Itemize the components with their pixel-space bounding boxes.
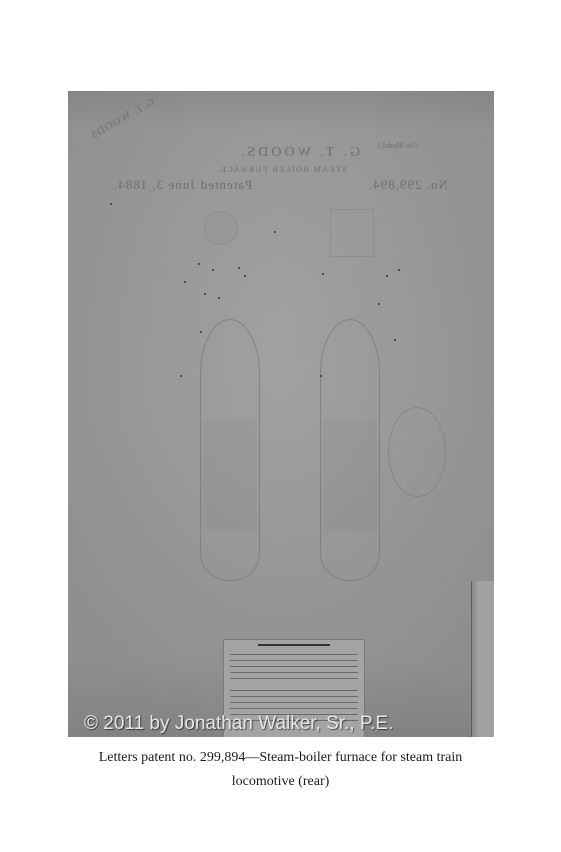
copyright-watermark: © 2011 by Jonathan Walker, Sr., P.E.	[84, 713, 393, 735]
patent-drawing-image: G.T. WOODS (No Model.) G. T. WOODS. STEA…	[68, 91, 494, 737]
figure-caption-line-2: locomotive (rear)	[0, 770, 561, 793]
figure-caption-line-1: Letters patent no. 299,894—Steam-boiler …	[0, 746, 561, 769]
